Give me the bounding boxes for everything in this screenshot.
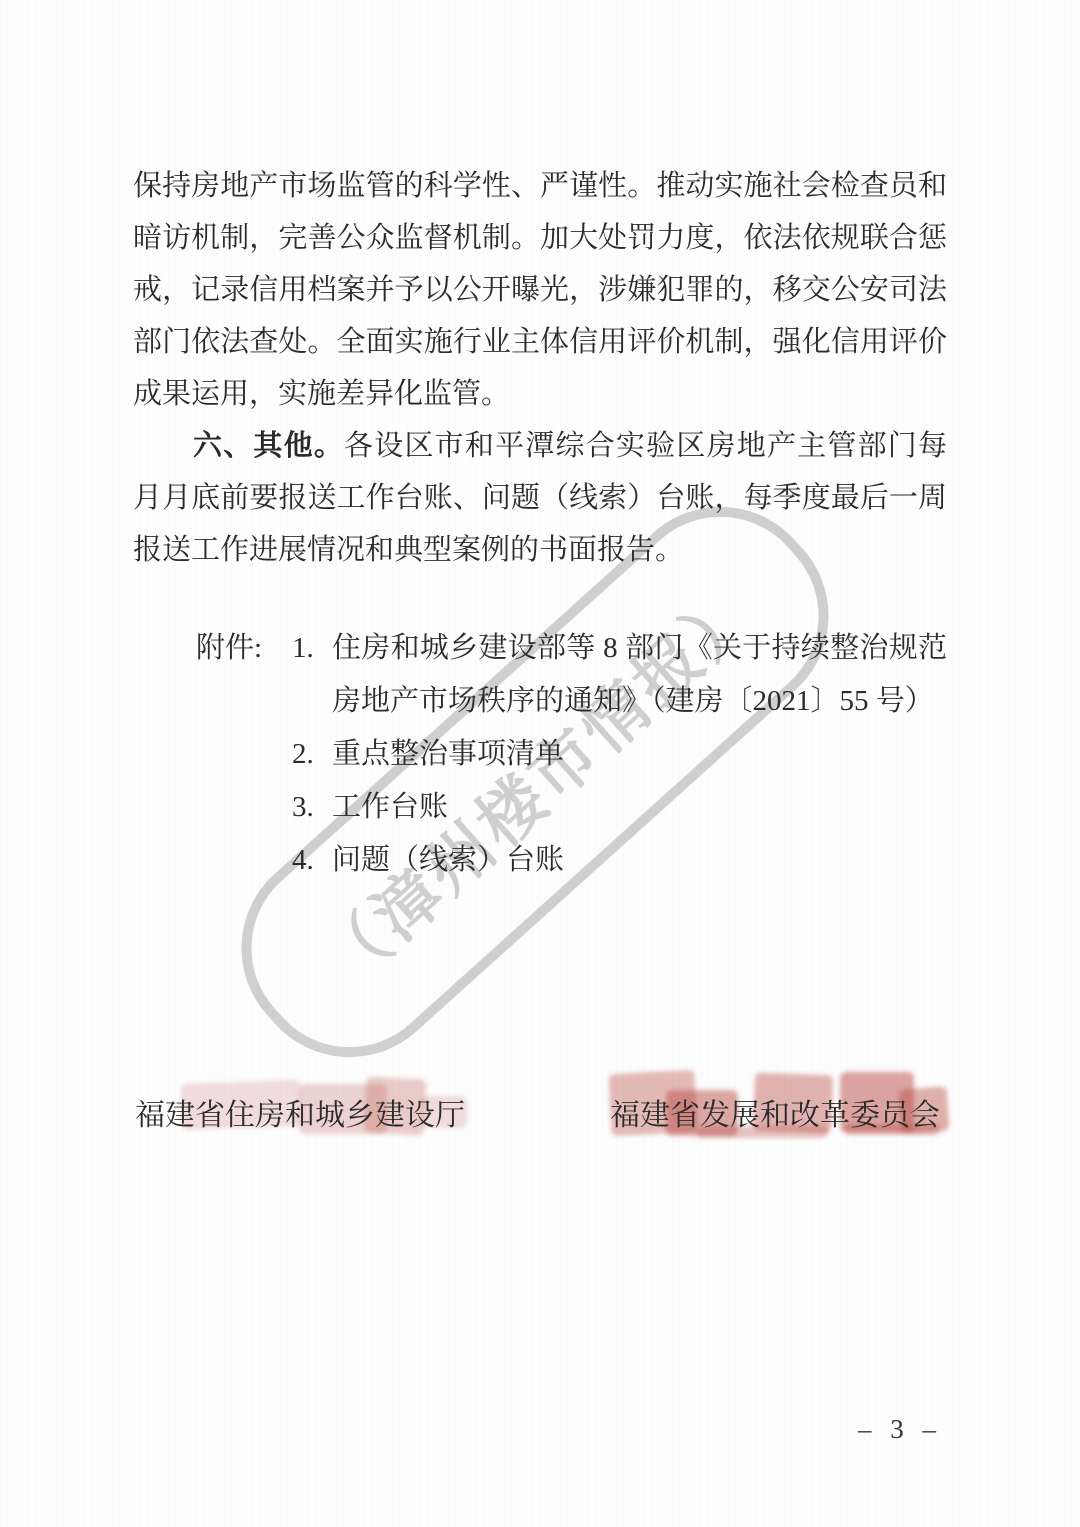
section6-heading: 六、其他。 [193,430,344,462]
signature-right: 福建省发展和改革委员会 [610,1094,940,1138]
attachment-number: 2. [292,728,332,781]
attachment-text: 住房和城乡建设部等 8 部门《关于持续整治规范房地产市场秩序的通知》（建房〔20… [332,622,947,728]
signature-row: 福建省住房和城乡建设厅 福建省发展和改革委员会 [0,1094,1080,1154]
signature-left-text: 福建省住房和城乡建设厅 [135,1099,465,1132]
attachment-list: 附件: 1. 住房和城乡建设部等 8 部门《关于持续整治规范房地产市场秩序的通知… [196,622,947,887]
attachment-item-4: 4. 问题（线索）台账 [196,834,947,887]
body-paragraph-section6: 六、其他。各设区市和平潭综合实验区房地产主管部门每月月底前要报送工作台账、问题（… [133,420,947,576]
attachment-item-1: 附件: 1. 住房和城乡建设部等 8 部门《关于持续整治规范房地产市场秩序的通知… [196,622,947,728]
attachment-number: 1. [292,622,332,675]
page-number: – 3 – [858,1414,942,1445]
document-content: 保持房地产市场监管的科学性、严谨性。推动实施社会检查员和暗访机制，完善公众监督机… [0,0,1080,1527]
signature-left: 福建省住房和城乡建设厅 [135,1094,465,1138]
attachment-item-3: 3. 工作台账 [196,781,947,834]
document-page: （漳州楼市情报） 保持房地产市场监管的科学性、严谨性。推动实施社会检查员和暗访机… [0,0,1080,1527]
attachment-number: 4. [292,834,332,887]
body-paragraph-continuation: 保持房地产市场监管的科学性、严谨性。推动实施社会检查员和暗访机制，完善公众监督机… [133,160,947,420]
attachment-number: 3. [292,781,332,834]
attachment-text: 问题（线索）台账 [332,834,947,887]
attachment-item-2: 2. 重点整治事项清单 [196,728,947,781]
signature-right-text: 福建省发展和改革委员会 [610,1099,940,1132]
attachment-text: 重点整治事项清单 [332,728,947,781]
attachment-label: 附件: [196,622,292,675]
attachment-text: 工作台账 [332,781,947,834]
